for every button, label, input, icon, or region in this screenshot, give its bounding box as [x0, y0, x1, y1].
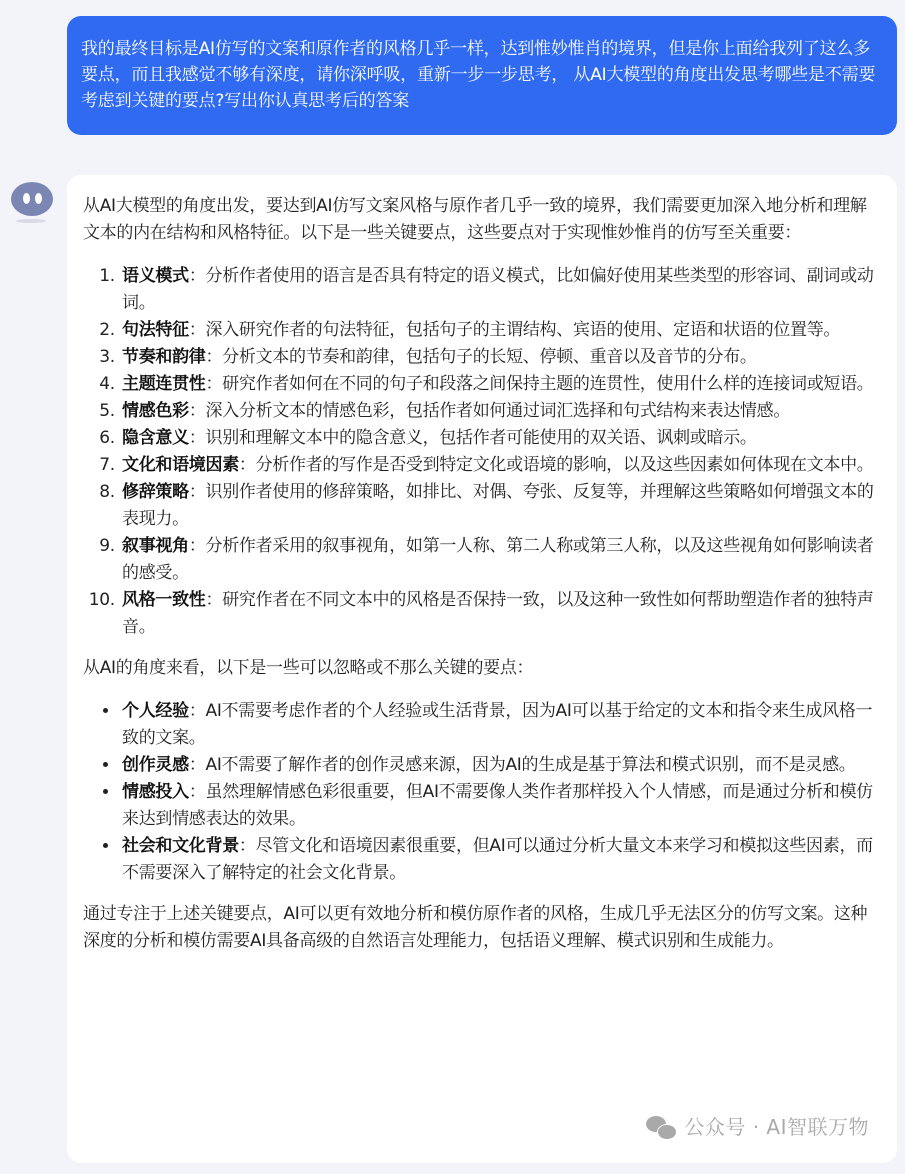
ignore-section-heading: 从AI的角度来看，以下是一些可以忽略或不那么关键的要点： — [83, 655, 879, 682]
key-point-title: 节奏和韵律 — [122, 347, 206, 367]
avatar-eye-left — [23, 193, 30, 204]
ignore-point-item: 创作灵感：AI不需要了解作者的创作灵感来源，因为AI的生成是基于算法和模式识别，… — [120, 752, 879, 779]
user-message-text: 我的最终目标是AI仿写的文案和原作者的风格几乎一样，达到惟妙惟肖的境界，但是你上… — [81, 39, 875, 111]
key-point-title: 句法特征 — [122, 320, 189, 340]
watermark: 公众号 · AI智联万物 — [646, 1114, 869, 1141]
separator: ： — [206, 347, 223, 367]
ignore-point-item: 个人经验：AI不需要考虑作者的个人经验或生活背景，因为AI可以基于给定的文本和指… — [120, 698, 879, 752]
separator: ： — [189, 782, 206, 802]
assistant-intro: 从AI大模型的角度出发，要达到AI仿写文案风格与原作者几乎一致的境界，我们需要更… — [83, 193, 879, 247]
ignore-point-text: AI不需要了解作者的创作灵感来源，因为AI的生成是基于算法和模式识别，而不是灵感… — [206, 755, 856, 775]
key-point-item: 节奏和韵律：分析文本的节奏和韵律，包括句子的长短、停顿、重音以及音节的分布。 — [120, 344, 879, 371]
ignore-point-item: 情感投入：虽然理解情感色彩很重要，但AI不需要像人类作者那样投入个人情感，而是通… — [120, 779, 879, 833]
separator: ： — [239, 455, 256, 475]
key-point-item: 文化和语境因素：分析作者的写作是否受到特定文化或语境的影响，以及这些因素如何体现… — [120, 452, 879, 479]
ignore-point-title: 社会和文化背景 — [122, 836, 239, 856]
assistant-conclusion: 通过专注于上述关键要点，AI可以更有效地分析和模仿原作者的风格，生成几乎无法区分… — [83, 901, 879, 955]
key-point-item: 主题连贯性：研究作者如何在不同的句子和段落之间保持主题的连贯性，使用什么样的连接… — [120, 371, 879, 398]
separator: ： — [189, 482, 206, 502]
bot-face-icon — [11, 182, 53, 216]
key-point-title: 风格一致性 — [122, 590, 206, 610]
key-point-text: 分析文本的节奏和韵律，包括句子的长短、停顿、重音以及音节的分布。 — [222, 347, 756, 367]
separator: ： — [189, 428, 206, 448]
ignore-points-list: 个人经验：AI不需要考虑作者的个人经验或生活背景，因为AI可以基于给定的文本和指… — [83, 698, 879, 887]
ignore-point-text: AI不需要考虑作者的个人经验或生活背景，因为AI可以基于给定的文本和指令来生成风… — [122, 701, 872, 748]
key-point-text: 深入研究作者的句法特征，包括句子的主谓结构、宾语的使用、定语和状语的位置等。 — [206, 320, 841, 340]
key-point-title: 修辞策略 — [122, 482, 189, 502]
wechat-icon — [646, 1116, 676, 1140]
separator: ： — [189, 536, 206, 556]
key-point-item: 隐含意义：识别和理解文本中的隐含意义，包括作者可能使用的双关语、讽刺或暗示。 — [120, 425, 879, 452]
key-point-text: 深入分析文本的情感色彩，包括作者如何通过词汇选择和句式结构来表达情感。 — [206, 401, 791, 421]
key-point-item: 句法特征：深入研究作者的句法特征，包括句子的主谓结构、宾语的使用、定语和状语的位… — [120, 317, 879, 344]
ignore-point-title: 情感投入 — [122, 782, 189, 802]
ignore-point-title: 创作灵感 — [122, 755, 189, 775]
separator: ： — [189, 320, 206, 340]
separator: ： — [189, 266, 206, 286]
key-point-title: 主题连贯性 — [122, 374, 206, 394]
key-point-title: 叙事视角 — [122, 536, 189, 556]
key-point-title: 情感色彩 — [122, 401, 189, 421]
separator: ： — [189, 401, 206, 421]
key-point-text: 识别和理解文本中的隐含意义，包括作者可能使用的双关语、讽刺或暗示。 — [206, 428, 757, 448]
key-point-item: 情感色彩：深入分析文本的情感色彩，包括作者如何通过词汇选择和句式结构来表达情感。 — [120, 398, 879, 425]
separator: ： — [206, 374, 223, 394]
key-point-text: 研究作者如何在不同的句子和段落之间保持主题的连贯性，使用什么样的连接词或短语。 — [222, 374, 873, 394]
key-point-text: 研究作者在不同文本中的风格是否保持一致，以及这种一致性如何帮助塑造作者的独特声音… — [122, 590, 874, 637]
separator: ： — [206, 590, 223, 610]
ignore-point-item: 社会和文化背景：尽管文化和语境因素很重要，但AI可以通过分析大量文本来学习和模拟… — [120, 833, 879, 887]
key-point-item: 修辞策略：识别作者使用的修辞策略，如排比、对偶、夸张、反复等，并理解这些策略如何… — [120, 479, 879, 533]
key-point-item: 风格一致性：研究作者在不同文本中的风格是否保持一致，以及这种一致性如何帮助塑造作… — [120, 587, 879, 641]
separator: ： — [239, 836, 256, 856]
key-points-list: 语义模式：分析作者使用的语言是否具有特定的语义模式，比如偏好使用某些类型的形容词… — [83, 263, 879, 641]
separator: ： — [189, 701, 206, 721]
key-point-text: 分析作者采用的叙事视角，如第一人称、第二人称或第三人称，以及这些视角如何影响读者… — [122, 536, 874, 583]
key-point-title: 语义模式 — [122, 266, 189, 286]
key-point-text: 分析作者的写作是否受到特定文化或语境的影响，以及这些因素如何体现在文本中。 — [256, 455, 874, 475]
key-point-item: 语义模式：分析作者使用的语言是否具有特定的语义模式，比如偏好使用某些类型的形容词… — [120, 263, 879, 317]
assistant-message-bubble: 从AI大模型的角度出发，要达到AI仿写文案风格与原作者几乎一致的境界，我们需要更… — [67, 175, 897, 1163]
key-point-title: 隐含意义 — [122, 428, 189, 448]
key-point-text: 分析作者使用的语言是否具有特定的语义模式，比如偏好使用某些类型的形容词、副词或动… — [122, 266, 874, 313]
separator: ： — [189, 755, 206, 775]
avatar-shadow — [16, 219, 46, 223]
ignore-point-text: 虽然理解情感色彩很重要，但AI不需要像人类作者那样投入个人情感，而是通过分析和模… — [122, 782, 873, 829]
key-point-title: 文化和语境因素 — [122, 455, 239, 475]
avatar-eye-right — [35, 193, 42, 204]
ignore-point-title: 个人经验 — [122, 701, 189, 721]
user-message-bubble: 我的最终目标是AI仿写的文案和原作者的风格几乎一样，达到惟妙惟肖的境界，但是你上… — [67, 16, 897, 135]
key-point-text: 识别作者使用的修辞策略，如排比、对偶、夸张、反复等，并理解这些策略如何增强文本的… — [122, 482, 874, 529]
watermark-text: 公众号 · AI智联万物 — [684, 1114, 869, 1141]
key-point-item: 叙事视角：分析作者采用的叙事视角，如第一人称、第二人称或第三人称，以及这些视角如… — [120, 533, 879, 587]
